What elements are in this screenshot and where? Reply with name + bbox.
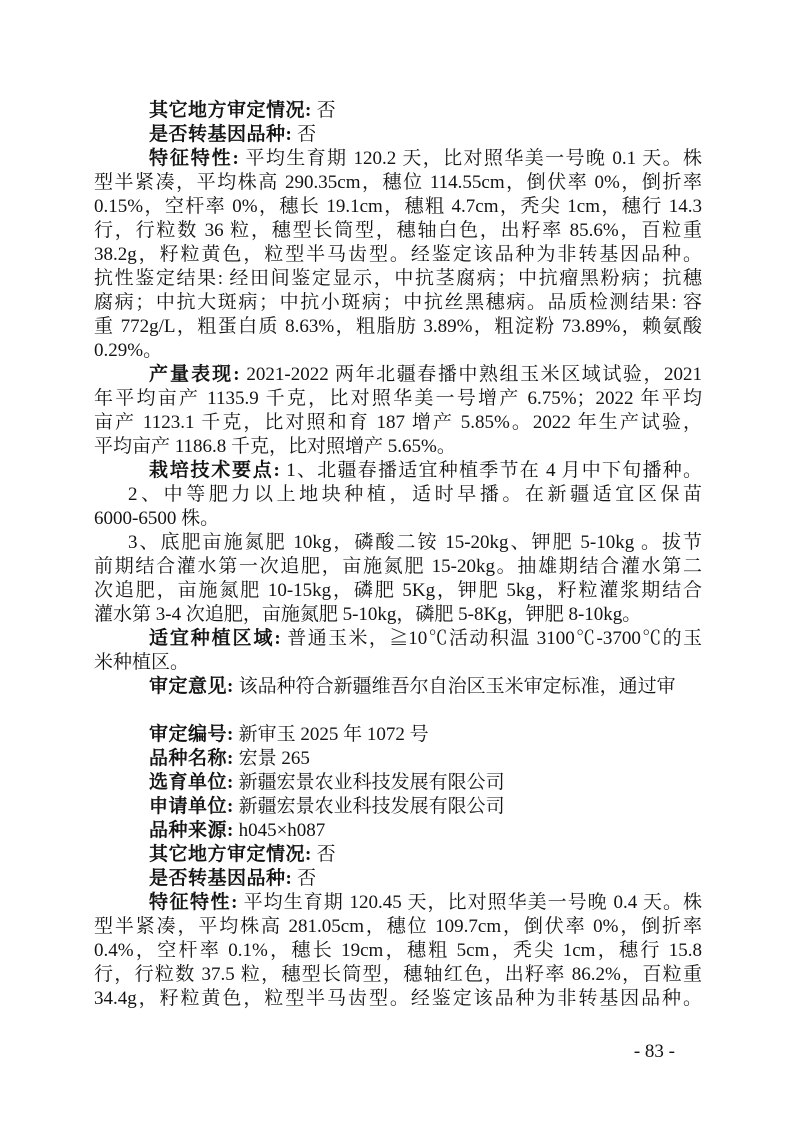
field-label: 适宜种植区域: bbox=[149, 628, 281, 649]
text-line: 前期结合灌水第一次追肥，亩施氮肥 15-20kg。抽雄期结合灌水第二 bbox=[94, 555, 702, 579]
text-line: 其它地方审定情况: 否 bbox=[94, 99, 702, 123]
document-text: 其它地方审定情况: 否是否转基因品种: 否特征特性: 平均生育期 120.2 天… bbox=[94, 99, 702, 1011]
field-label: 其它地方审定情况: bbox=[149, 844, 312, 865]
field-text: 重 772g/L，粗蛋白质 8.63%，粗脂肪 3.89%，粗淀粉 73.89%… bbox=[94, 316, 702, 337]
text-line: 适宜种植区域: 普通玉米，≧10℃活动积温 3100℃-3700℃的玉 bbox=[94, 627, 702, 651]
text-line: 2、中等肥力以上地块种植，适时早播。在新疆适宜区保苗 bbox=[94, 483, 702, 507]
field-label: 审定编号: bbox=[149, 724, 234, 745]
text-line: 特征特性: 平均生育期 120.45 天，比对照华美一号晚 0.4 天。株 bbox=[94, 891, 702, 915]
text-line: 亩产 1123.1 千克，比对照和育 187 增产 5.85%。2022 年生产… bbox=[94, 411, 702, 435]
text-line: 腐病；中抗大斑病；中抗小斑病；中抗丝黑穗病。品质检测结果: 容 bbox=[94, 291, 702, 315]
field-text: 亩产 1123.1 千克，比对照和育 187 增产 5.85%。2022 年生产… bbox=[94, 412, 702, 433]
field-text: 1、北疆春播适宜种植季节在 4 月中下旬播种。 bbox=[280, 460, 702, 481]
field-text: 新疆宏景农业科技发展有限公司 bbox=[234, 796, 505, 817]
field-label: 选育单位: bbox=[149, 772, 234, 793]
field-label: 品种名称: bbox=[149, 748, 234, 769]
field-text: 次追肥，亩施氮肥 10-15kg，磷肥 5Kg，钾肥 5kg，籽粒灌浆期结合 bbox=[94, 580, 702, 601]
text-line: 3、底肥亩施氮肥 10kg，磷酸二铵 15-20kg、钾肥 5-10kg 。拔节 bbox=[94, 531, 702, 555]
text-line: 灌水第 3-4 次追肥，亩施氮肥 5-10kg，磷肥 5-8Kg，钾肥 8-10… bbox=[94, 603, 702, 627]
field-text: 2、中等肥力以上地块种植，适时早播。在新疆适宜区保苗 bbox=[128, 484, 702, 505]
field-label: 是否转基因品种: bbox=[149, 124, 292, 145]
field-text: 平均生育期 120.45 天，比对照华美一号晚 0.4 天。株 bbox=[238, 892, 702, 913]
field-text: 年平均亩产 1135.9 千克，比对照华美一号增产 6.75%；2022 年平均 bbox=[94, 388, 702, 409]
field-text: 行，行粒数 37.5 粒，穗型长筒型，穗轴红色，出籽率 86.2%，百粒重 bbox=[94, 964, 702, 985]
text-line: 其它地方审定情况: 否 bbox=[94, 843, 702, 867]
field-text: 平均亩产 1186.8 千克，比对照增产 5.65%。 bbox=[94, 436, 456, 457]
text-line: 产量表现: 2021-2022 两年北疆春播中熟组玉米区域试验，2021 bbox=[94, 363, 702, 387]
field-text: 普通玉米，≧10℃活动积温 3100℃-3700℃的玉 bbox=[281, 628, 702, 649]
field-text: 0.15%，空杆率 0%，穗长 19.1cm，穗粗 4.7cm，秃尖 1cm，穗… bbox=[94, 196, 702, 217]
field-text: 38.2g，籽粒黄色，粒型半马齿型。经鉴定该品种为非转基因品种。 bbox=[94, 244, 702, 265]
text-line: 是否转基因品种: 否 bbox=[94, 867, 702, 891]
page-number: - 83 - bbox=[0, 1040, 675, 1064]
text-line: 重 772g/L，粗蛋白质 8.63%，粗脂肪 3.89%，粗淀粉 73.89%… bbox=[94, 315, 702, 339]
field-text: 米种植区。 bbox=[94, 652, 189, 673]
field-text: 腐病；中抗大斑病；中抗小斑病；中抗丝黑穗病。品质检测结果: 容 bbox=[94, 292, 702, 313]
field-text: 34.4g，籽粒黄色，粒型半马齿型。经鉴定该品种为非转基因品种。 bbox=[94, 988, 702, 1009]
field-label: 特征特性: bbox=[149, 148, 239, 169]
field-text: 0.29%。 bbox=[94, 340, 162, 361]
field-text: 6000-6500 株。 bbox=[94, 508, 219, 529]
text-line: 34.4g，籽粒黄色，粒型半马齿型。经鉴定该品种为非转基因品种。 bbox=[94, 987, 702, 1011]
text-line: 6000-6500 株。 bbox=[94, 507, 702, 531]
text-line: 年平均亩产 1135.9 千克，比对照华美一号增产 6.75%；2022 年平均 bbox=[94, 387, 702, 411]
field-text: 行，行粒数 36 粒，穗型长筒型，穗轴白色，出籽率 85.6%，百粒重 bbox=[94, 220, 702, 241]
text-line: 0.4%，空杆率 0.1%，穗长 19cm，穗粗 5cm，秃尖 1cm，穗行 1… bbox=[94, 939, 702, 963]
field-text: 3、底肥亩施氮肥 10kg，磷酸二铵 15-20kg、钾肥 5-10kg 。拔节 bbox=[128, 532, 702, 553]
field-text: 抗性鉴定结果: 经田间鉴定显示，中抗茎腐病；中抗瘤黑粉病；抗穗 bbox=[94, 268, 702, 289]
field-label: 品种来源: bbox=[149, 820, 234, 841]
text-line: 型半紧凑，平均株高 281.05cm，穗位 109.7cm，倒伏率 0%，倒折率 bbox=[94, 915, 702, 939]
text-line: 次追肥，亩施氮肥 10-15kg，磷肥 5Kg，钾肥 5kg，籽粒灌浆期结合 bbox=[94, 579, 702, 603]
text-line: 抗性鉴定结果: 经田间鉴定显示，中抗茎腐病；中抗瘤黑粉病；抗穗 bbox=[94, 267, 702, 291]
text-line: 品种名称: 宏景 265 bbox=[94, 747, 702, 771]
field-text: 型半紧凑，平均株高 290.35cm，穗位 114.55cm，倒伏率 0%，倒折… bbox=[94, 172, 702, 193]
text-line: 米种植区。 bbox=[94, 651, 702, 675]
text-line: 行，行粒数 37.5 粒，穗型长筒型，穗轴红色，出籽率 86.2%，百粒重 bbox=[94, 963, 702, 987]
field-text: 新审玉 2025 年 1072 号 bbox=[234, 724, 429, 745]
field-text: h045×h087 bbox=[234, 820, 325, 841]
field-text: 平均生育期 120.2 天，比对照华美一号晚 0.1 天。株 bbox=[239, 148, 702, 169]
field-text: 否 bbox=[312, 100, 336, 121]
field-text: 0.4%，空杆率 0.1%，穗长 19cm，穗粗 5cm，秃尖 1cm，穗行 1… bbox=[94, 940, 702, 961]
field-text: 新疆宏景农业科技发展有限公司 bbox=[234, 772, 505, 793]
text-line: 平均亩产 1186.8 千克，比对照增产 5.65%。 bbox=[94, 435, 702, 459]
text-line: 行，行粒数 36 粒，穗型长筒型，穗轴白色，出籽率 85.6%，百粒重 bbox=[94, 219, 702, 243]
text-line: 型半紧凑，平均株高 290.35cm，穗位 114.55cm，倒伏率 0%，倒折… bbox=[94, 171, 702, 195]
text-line: 0.29%。 bbox=[94, 339, 702, 363]
blank-line bbox=[94, 699, 702, 723]
text-line: 品种来源: h045×h087 bbox=[94, 819, 702, 843]
field-label: 审定意见: bbox=[149, 676, 234, 697]
text-line: 审定编号: 新审玉 2025 年 1072 号 bbox=[94, 723, 702, 747]
text-line: 38.2g，籽粒黄色，粒型半马齿型。经鉴定该品种为非转基因品种。 bbox=[94, 243, 702, 267]
field-text: 前期结合灌水第一次追肥，亩施氮肥 15-20kg。抽雄期结合灌水第二 bbox=[94, 556, 702, 577]
text-line: 0.15%，空杆率 0%，穗长 19.1cm，穗粗 4.7cm，秃尖 1cm，穗… bbox=[94, 195, 702, 219]
field-label: 特征特性: bbox=[149, 892, 238, 913]
field-text: 宏景 265 bbox=[234, 748, 310, 769]
text-line: 审定意见: 该品种符合新疆维吾尔自治区玉米审定标准，通过审定。 bbox=[94, 675, 702, 699]
field-label: 其它地方审定情况: bbox=[149, 100, 312, 121]
field-text: 否 bbox=[312, 844, 336, 865]
text-line: 申请单位: 新疆宏景农业科技发展有限公司 bbox=[94, 795, 702, 819]
field-label: 产量表现: bbox=[149, 364, 240, 385]
text-line: 栽培技术要点: 1、北疆春播适宜种植季节在 4 月中下旬播种。 bbox=[94, 459, 702, 483]
field-text: 否 bbox=[292, 124, 316, 145]
field-text: 2021-2022 两年北疆春播中熟组玉米区域试验，2021 bbox=[240, 364, 702, 385]
field-label: 申请单位: bbox=[149, 796, 234, 817]
text-line: 特征特性: 平均生育期 120.2 天，比对照华美一号晚 0.1 天。株 bbox=[94, 147, 702, 171]
field-text: 型半紧凑，平均株高 281.05cm，穗位 109.7cm，倒伏率 0%，倒折率 bbox=[94, 916, 702, 937]
text-line: 是否转基因品种: 否 bbox=[94, 123, 702, 147]
text-line: 选育单位: 新疆宏景农业科技发展有限公司 bbox=[94, 771, 702, 795]
field-text: 灌水第 3-4 次追肥，亩施氮肥 5-10kg，磷肥 5-8Kg，钾肥 8-10… bbox=[94, 604, 641, 625]
document-page: 其它地方审定情况: 否是否转基因品种: 否特征特性: 平均生育期 120.2 天… bbox=[0, 0, 793, 1122]
field-label: 栽培技术要点: bbox=[149, 460, 280, 481]
field-text: 否 bbox=[292, 868, 316, 889]
field-label: 是否转基因品种: bbox=[149, 868, 292, 889]
